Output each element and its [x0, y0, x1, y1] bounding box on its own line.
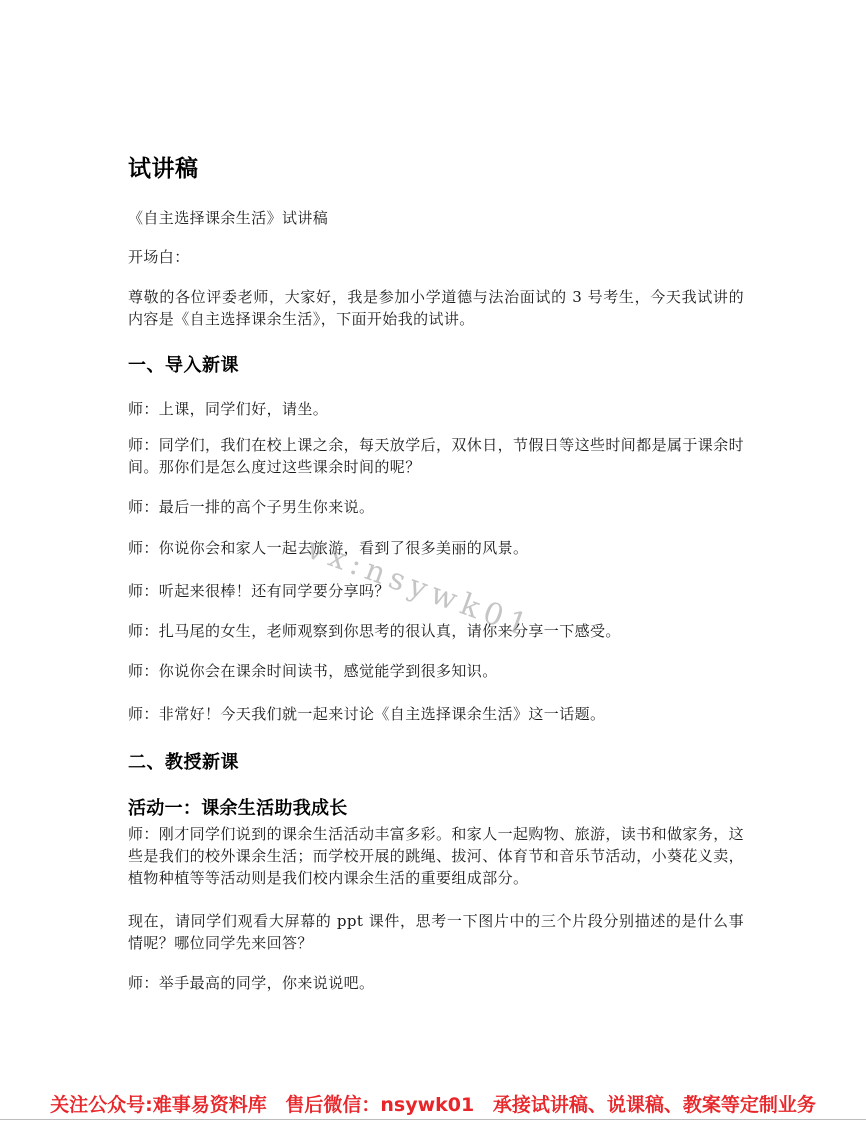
document-title: 试讲稿	[128, 150, 744, 183]
dialogue-line: 师：你说你会在课余时间读书，感觉能学到很多知识。	[128, 660, 744, 682]
dialogue-line: 师：上课，同学们好，请坐。	[128, 398, 744, 420]
dialogue-line: 师：你说你会和家人一起去旅游，看到了很多美丽的风景。	[128, 537, 744, 559]
activity-heading: 活动一：课余生活助我成长	[128, 794, 744, 820]
footer-services: 承接试讲稿、说课稿、教案等定制业务	[493, 1094, 816, 1116]
dialogue-paragraph: 师：刚才同学们说到的课余生活活动丰富多彩。和家人一起购物、旅游，读书和做家务，这…	[128, 823, 744, 889]
dialogue-line: 师：举手最高的同学，你来说说吧。	[128, 972, 744, 994]
dialogue-paragraph: 现在，请同学们观看大屏幕的 ppt 课件，思考一下图片中的三个片段分别描述的是什…	[128, 910, 744, 954]
opening-paragraph: 尊敬的各位评委老师，大家好，我是参加小学道德与法治面试的 3 号考生，今天我试讲…	[128, 286, 744, 330]
promo-footer: 关注公众号:难事易资料库 售后微信：nsywk01 承接试讲稿、说课稿、教案等定…	[0, 1088, 866, 1122]
dialogue-line: 师：听起来很棒！还有同学要分享吗？	[128, 580, 744, 602]
footer-divider	[0, 1119, 866, 1120]
section-heading-teaching: 二、教授新课	[128, 748, 744, 774]
footer-wechat-account: 关注公众号:难事易资料库	[50, 1094, 267, 1116]
document-page: 试讲稿 《自主选择课余生活》试讲稿 开场白： 尊敬的各位评委老师，大家好，我是参…	[0, 0, 866, 1122]
dialogue-line: 师：非常好！今天我们就一起来讨论《自主选择课余生活》这一话题。	[128, 703, 744, 725]
footer-support-wechat: 售后微信：nsywk01	[285, 1094, 474, 1116]
dialogue-line: 师：扎马尾的女生，老师观察到你思考的很认真，请你来分享一下感受。	[128, 620, 744, 642]
opening-label: 开场白：	[128, 246, 744, 268]
document-subtitle: 《自主选择课余生活》试讲稿	[128, 207, 744, 229]
section-heading-intro: 一、导入新课	[128, 351, 744, 377]
dialogue-line: 师：最后一排的高个子男生你来说。	[128, 496, 744, 518]
dialogue-line: 师：同学们，我们在校上课之余，每天放学后，双休日，节假日等这些时间都是属于课余时…	[128, 434, 744, 478]
